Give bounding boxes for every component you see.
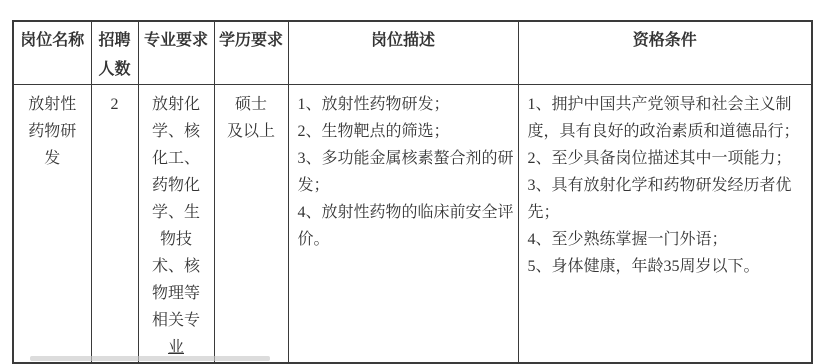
list-item-line: 4、至少熟练掌握一门外语； [528, 226, 808, 253]
majors-text: 放射化学、核化工、药物化学、生物技术、核物理等相关专 [152, 96, 200, 329]
list-item-line: 及以上 [217, 118, 286, 145]
table-row: 放射性药物研发 2 放射化学、核化工、药物化学、生物技术、核物理等相关专业 硕士… [13, 85, 812, 364]
header-headcount: 招聘人数 [91, 21, 138, 85]
cell-education-requirement: 硕士及以上 [214, 85, 288, 364]
recruitment-table-page: 岗位名称 招聘人数 专业要求 学历要求 岗位描述 资格条件 放射性药物研发 2 … [0, 0, 818, 364]
cell-position-name: 放射性药物研发 [13, 85, 91, 364]
list-item-line: 4、放射性药物的临床前安全评价。 [298, 199, 516, 253]
header-education-requirement: 学历要求 [214, 21, 288, 85]
list-item-line: 3、具有放射化学和药物研发经历者优先； [528, 172, 808, 226]
cell-qualifications: 1、拥护中国共产党领导和社会主义制度，具有良好的政治素质和道德品行；2、至少具备… [518, 85, 812, 364]
list-item-line: 2、生物靶点的筛选； [298, 118, 516, 145]
table-header-row: 岗位名称 招聘人数 专业要求 学历要求 岗位描述 资格条件 [13, 21, 812, 85]
list-item-line: 5、身体健康，年龄35周岁以下。 [528, 253, 808, 280]
header-job-description: 岗位描述 [288, 21, 518, 85]
header-position-name: 岗位名称 [13, 21, 91, 85]
list-item-line: 2、至少具备岗位描述其中一项能力； [528, 145, 808, 172]
list-item-line: 1、放射性药物研发； [298, 91, 516, 118]
header-qualifications: 资格条件 [518, 21, 812, 85]
cell-major-requirement: 放射化学、核化工、药物化学、生物技术、核物理等相关专业 [138, 85, 214, 364]
job-posting-table: 岗位名称 招聘人数 专业要求 学历要求 岗位描述 资格条件 放射性药物研发 2 … [12, 20, 813, 364]
cell-job-description: 1、放射性药物研发；2、生物靶点的筛选；3、多功能金属核素螯合剂的研发；4、放射… [288, 85, 518, 364]
list-item-line: 3、多功能金属核素螯合剂的研发； [298, 145, 516, 199]
scan-artifact-line [30, 356, 270, 361]
majors-underlined-text: 业 [168, 339, 184, 356]
cell-headcount: 2 [91, 85, 138, 364]
list-item-line: 硕士 [217, 91, 286, 118]
header-major-requirement: 专业要求 [138, 21, 214, 85]
list-item-line: 1、拥护中国共产党领导和社会主义制度，具有良好的政治素质和道德品行； [528, 91, 808, 145]
